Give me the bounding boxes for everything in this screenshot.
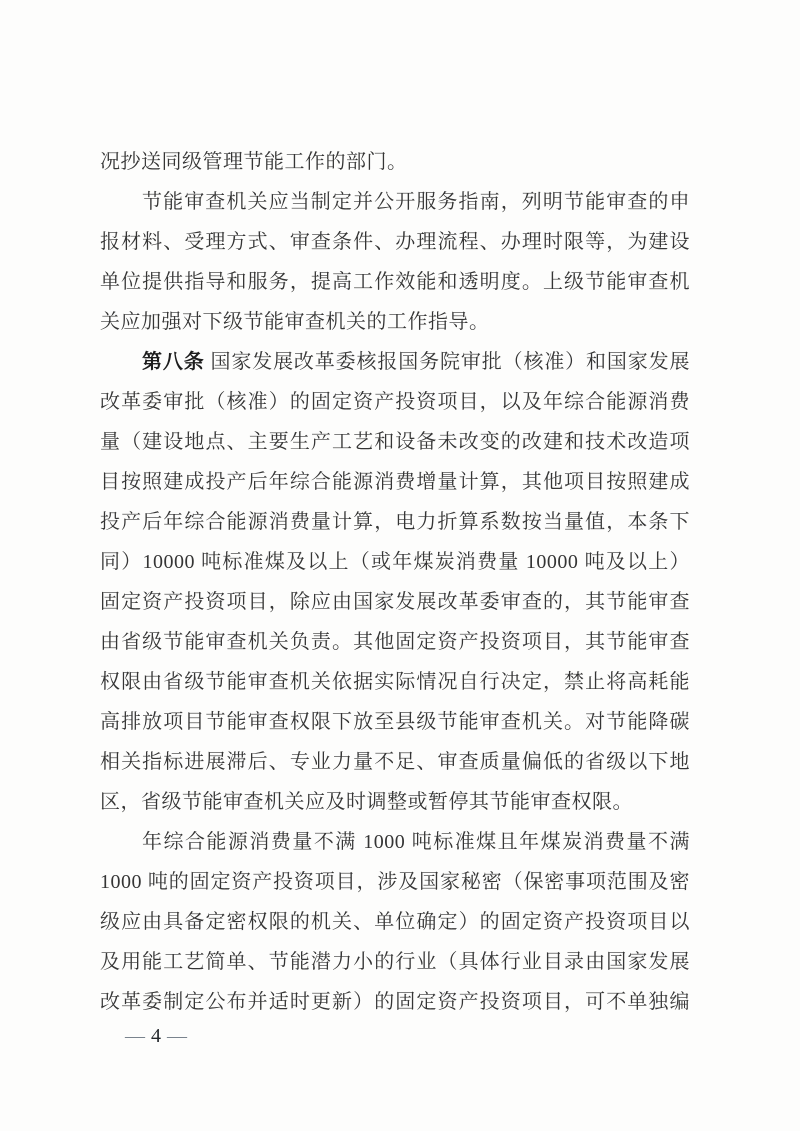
page-number-value: 4 [151,1025,161,1047]
text-segment: 高排放项目节能审查权限下放至县级节能审查机关。对节能降碳 [100,711,690,733]
text-segment: 由省级节能审查机关负责。其他固定资产投资项目，其节能审查 [100,631,690,653]
text-line: 目按照建成投产后年综合能源消费增量计算，其他项目按照建成 [100,462,690,502]
text-segment: 区，省级节能审查机关应及时调整或暂停其节能审查权限。 [100,791,633,813]
text-line: 报材料、受理方式、审查条件、办理流程、办理时限等，为建设 [100,222,690,262]
paragraph-exemptions: 年综合能源消费量不满 1000 吨标准煤且年煤炭消费量不满1000 吨的固定资产… [100,822,690,1022]
text-line: 投产后年综合能源消费量计算，电力折算系数按当量值，本条下 [100,502,690,542]
paragraph-article-8: 第八条 国家发展改革委核报国务院审批（核准）和国家发展改革委审批（核准）的固定资… [100,342,690,822]
text-line: 高排放项目节能审查权限下放至县级节能审查机关。对节能降碳 [100,702,690,742]
text-segment: 目按照建成投产后年综合能源消费增量计算，其他项目按照建成 [100,471,690,493]
page-number-dash-right: — [161,1025,193,1047]
text-segment: 报材料、受理方式、审查条件、办理流程、办理时限等，为建设 [100,231,690,253]
text-segment: 相关指标进展滞后、专业力量不足、审查质量偏低的省级以下地 [100,751,690,773]
text-line: 区，省级节能审查机关应及时调整或暂停其节能审查权限。 [100,782,690,822]
text-line: 及用能工艺简单、节能潜力小的行业（具体行业目录由国家发展 [100,942,690,982]
text-segment: 节能审查机关应当制定并公开服务指南，列明节能审查的申 [142,191,690,213]
text-line: 级应由具备定密权限的机关、单位确定）的固定资产投资项目以 [100,902,690,942]
text-line: 节能审查机关应当制定并公开服务指南，列明节能审查的申 [100,182,690,222]
text-line: 量（建设地点、主要生产工艺和设备未改变的改建和技术改造项 [100,422,690,462]
page-number: —4— [100,1016,212,1056]
text-segment: 同）10000 吨标准煤及以上（或年煤炭消费量 10000 吨及以上）的 [100,551,690,582]
text-line: 关应加强对下级节能审查机关的工作指导。 [100,302,690,342]
text-line: 改革委审批（核准）的固定资产投资项目，以及年综合能源消费 [100,382,690,422]
text-line: 由省级节能审查机关负责。其他固定资产投资项目，其节能审查 [100,622,690,662]
text-segment: 单位提供指导和服务，提高工作效能和透明度。上级节能审查机 [100,271,690,293]
text-line: 单位提供指导和服务，提高工作效能和透明度。上级节能审查机 [100,262,690,302]
document-body: 况抄送同级管理节能工作的部门。节能审查机关应当制定并公开服务指南，列明节能审查的… [100,142,690,1022]
text-line: 同）10000 吨标准煤及以上（或年煤炭消费量 10000 吨及以上）的 [100,542,690,582]
text-line: 年综合能源消费量不满 1000 吨标准煤且年煤炭消费量不满 [100,822,690,862]
text-segment: 及用能工艺简单、节能潜力小的行业（具体行业目录由国家发展 [100,951,690,973]
text-segment: 固定资产投资项目，除应由国家发展改革委审查的，其节能审查 [100,591,690,613]
text-segment: 改革委审批（核准）的固定资产投资项目，以及年综合能源消费 [100,391,690,413]
text-segment: 改革委制定公布并适时更新）的固定资产投资项目，可不单独编 [100,991,690,1013]
text-segment: 况抄送同级管理节能工作的部门。 [100,151,408,173]
text-line: 况抄送同级管理节能工作的部门。 [100,142,690,182]
paragraph-service-guide: 节能审查机关应当制定并公开服务指南，列明节能审查的申报材料、受理方式、审查条件、… [100,182,690,342]
document-page: 况抄送同级管理节能工作的部门。节能审查机关应当制定并公开服务指南，列明节能审查的… [0,0,800,1131]
text-segment: 量（建设地点、主要生产工艺和设备未改变的改建和技术改造项 [100,431,690,453]
text-line: 第八条 国家发展改革委核报国务院审批（核准）和国家发展 [100,342,690,382]
text-line: 权限由省级节能审查机关依据实际情况自行决定，禁止将高耗能 [100,662,690,702]
article-number-label: 第八条 [142,351,205,373]
text-segment: 权限由省级节能审查机关依据实际情况自行决定，禁止将高耗能 [100,671,690,693]
text-line: 1000 吨的固定资产投资项目，涉及国家秘密（保密事项范围及密 [100,862,690,902]
text-line: 相关指标进展滞后、专业力量不足、审查质量偏低的省级以下地 [100,742,690,782]
text-segment: 投产后年综合能源消费量计算，电力折算系数按当量值，本条下 [100,511,690,533]
text-segment: 国家发展改革委核报国务院审批（核准）和国家发展 [205,351,690,373]
text-segment: 1000 吨的固定资产投资项目，涉及国家秘密（保密事项范围及密 [100,871,690,893]
text-line: 固定资产投资项目，除应由国家发展改革委审查的，其节能审查 [100,582,690,622]
text-segment: 年综合能源消费量不满 1000 吨标准煤且年煤炭消费量不满 [142,831,690,853]
text-segment: 关应加强对下级节能审查机关的工作指导。 [100,311,490,333]
page-number-dash-left: — [119,1025,151,1047]
paragraph-continuation: 况抄送同级管理节能工作的部门。 [100,142,690,182]
text-segment: 级应由具备定密权限的机关、单位确定）的固定资产投资项目以 [100,911,690,933]
